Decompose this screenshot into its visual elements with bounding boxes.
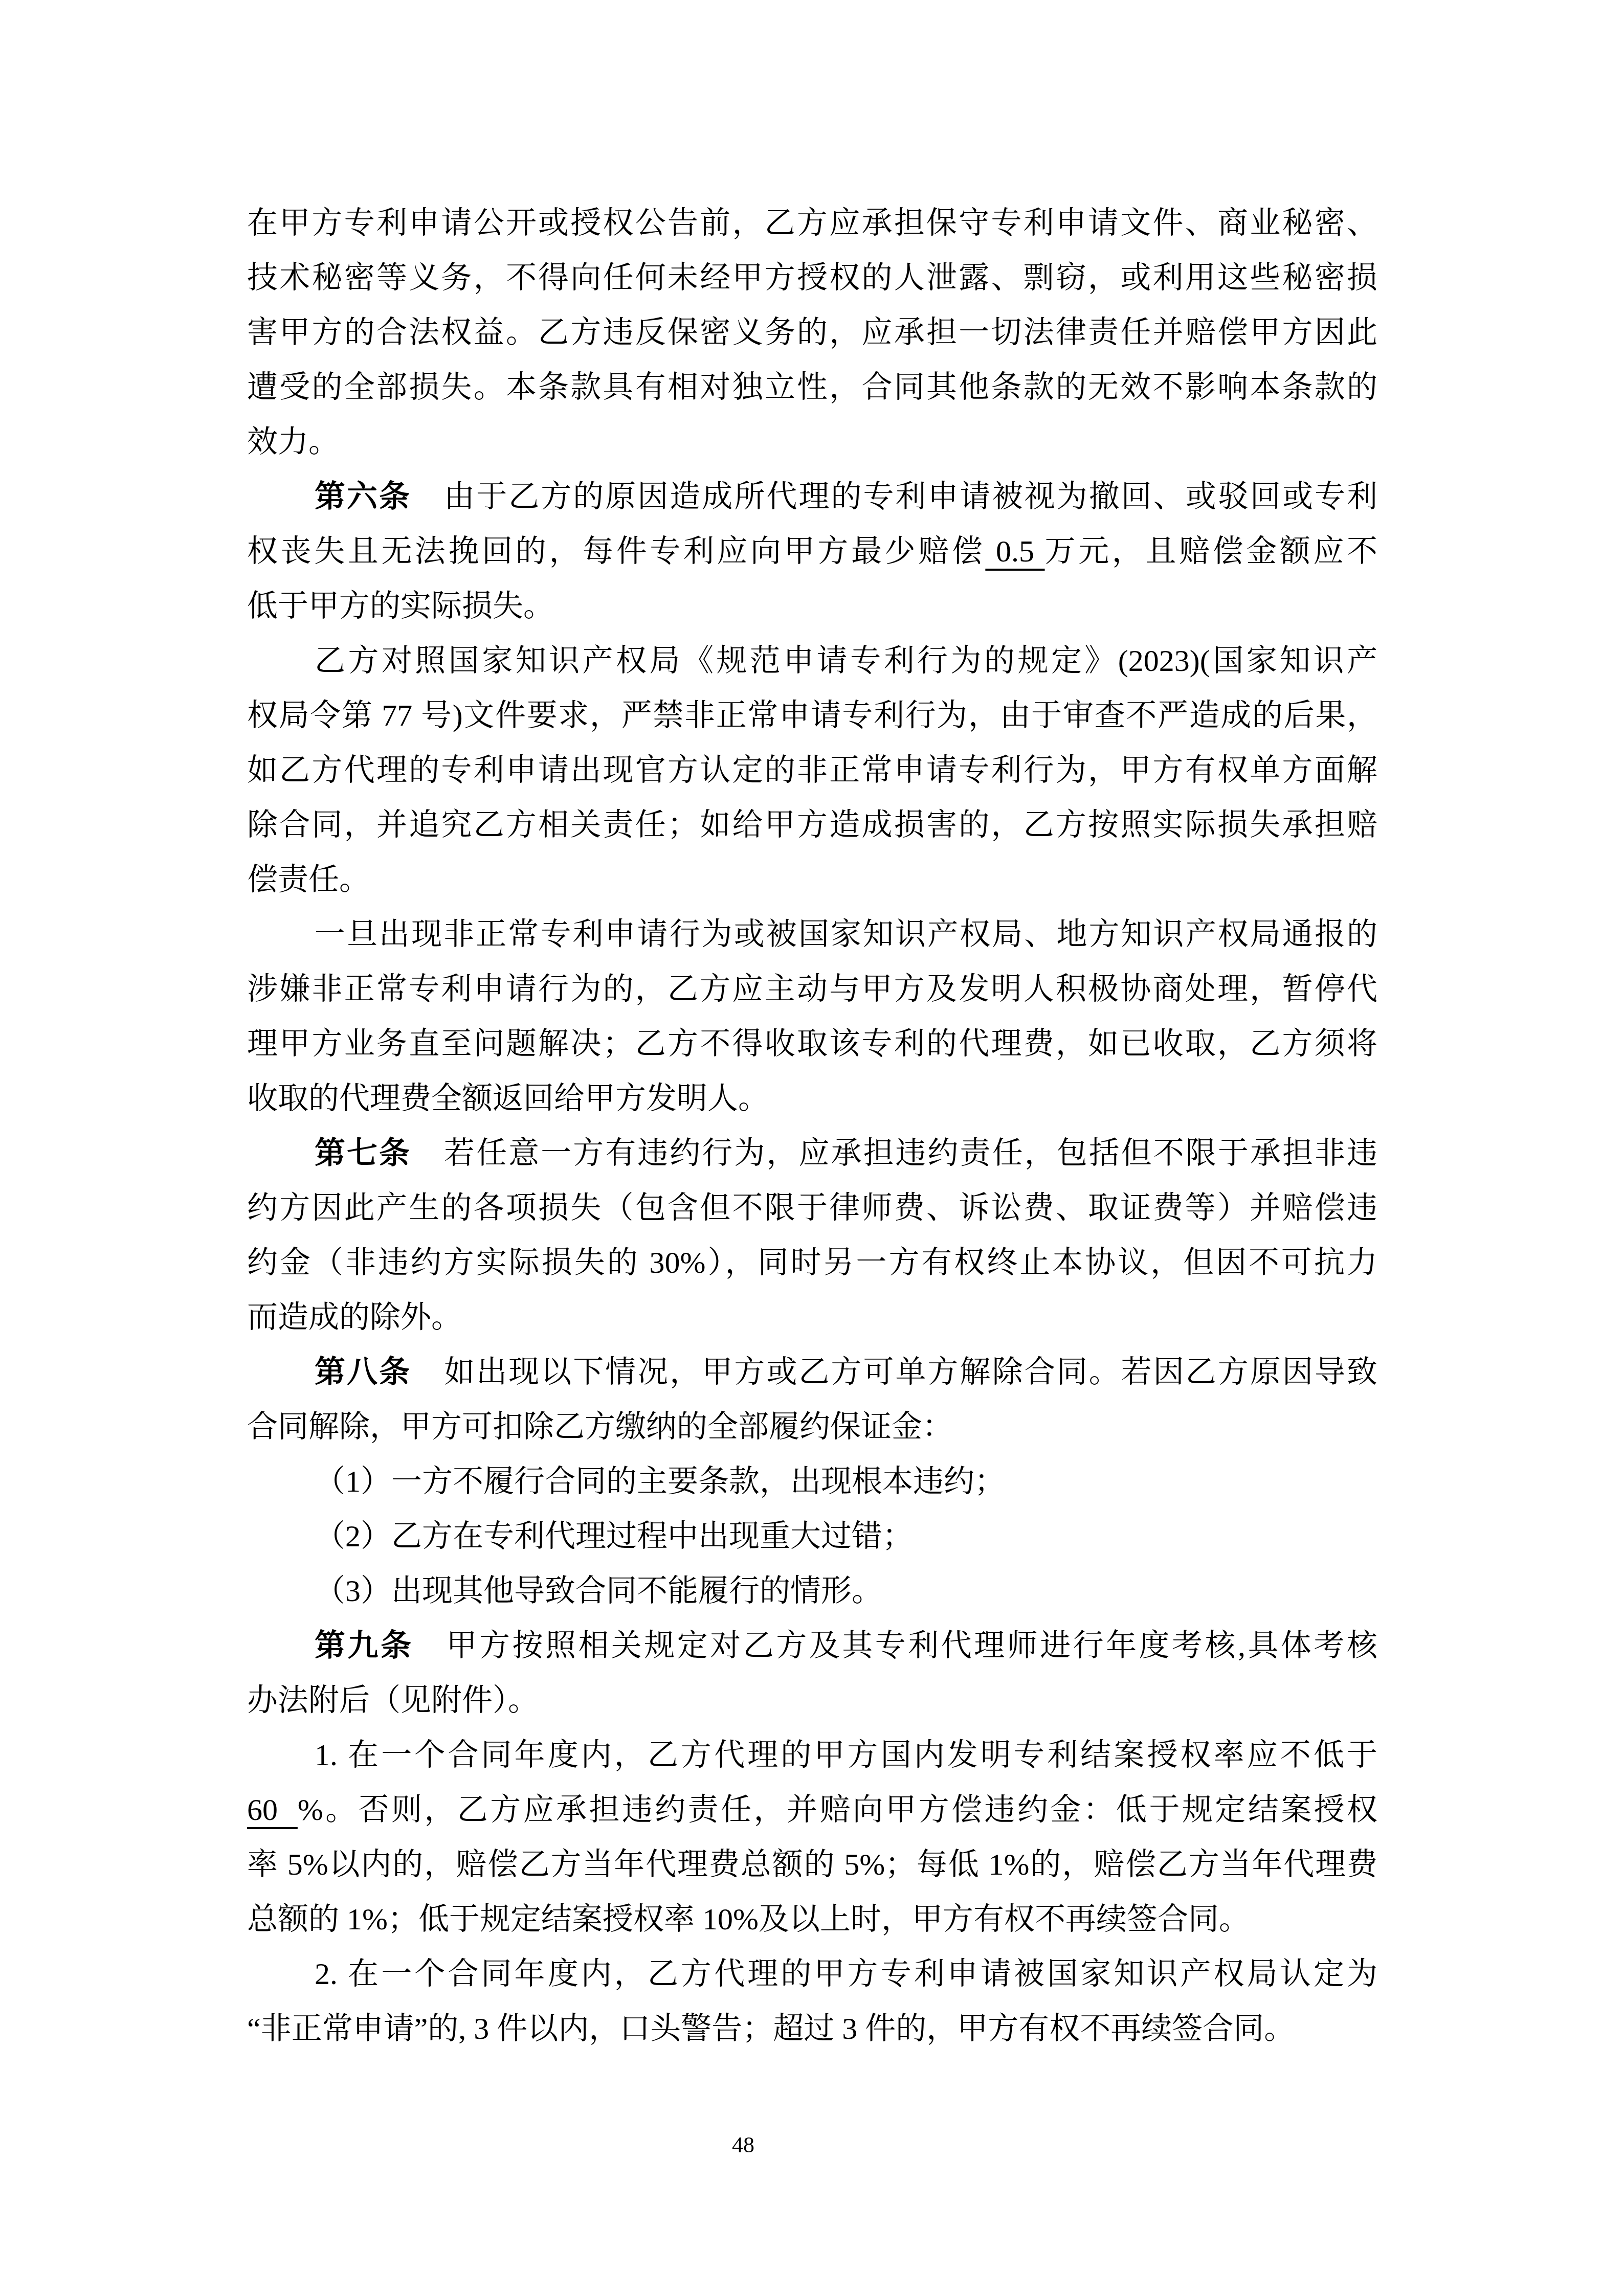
text-segment: 2. 在一个合同年度内，乙方代理的甲方专利申请被国家知识产权局认定为 [315, 1957, 1377, 1991]
text-line: 60 %。否则，乙方应承担违约责任，并赔向甲方偿违约金：低于规定结案授权 [247, 1783, 1377, 1837]
text-line: 如乙方代理的专利申请出现官方认定的非正常申请专利行为，甲方有权单方面解 [247, 743, 1377, 798]
text-segment: 技术秘密等义务，不得向任何未经甲方授权的人泄露、剽窃，或利用这些秘密损 [247, 261, 1377, 295]
text-line: （1）一方不履行合同的主要条款，出现根本违约； [247, 1454, 1377, 1509]
text-segment: 低于甲方的实际损失。 [247, 589, 554, 623]
text-line: （3）出现其他导致合同不能履行的情形。 [247, 1564, 1377, 1618]
text-segment: 万元，且赔偿金额应不 [1045, 534, 1377, 568]
text-segment: 除合同，并追究乙方相关责任；如给甲方造成损害的，乙方按照实际损失承担赔 [247, 808, 1377, 842]
text-line: 遭受的全部损失。本条款具有相对独立性，合同其他条款的无效不影响本条款的 [247, 360, 1377, 415]
text-segment: 如乙方代理的专利申请出现官方认定的非正常申请专利行为，甲方有权单方面解 [247, 753, 1377, 787]
page-number: 48 [732, 2127, 754, 2163]
text-line: 权丧失且无法挽回的，每件专利应向甲方最少赔偿 0.5 万元，且赔偿金额应不 [247, 524, 1377, 579]
text-segment: 偿责任。 [247, 863, 370, 896]
text-line: 低于甲方的实际损失。 [247, 579, 1377, 634]
text-segment: 乙方对照国家知识产权局《规范申请专利行为的规定》(2023)(国家知识产 [315, 644, 1377, 678]
contract-body: 在甲方专利申请公开或授权公告前，乙方应承担保守专利申请文件、商业秘密、技术秘密等… [247, 196, 1377, 2056]
text-line: 收取的代理费全额返回给甲方发明人。 [247, 1071, 1377, 1126]
text-segment: 遭受的全部损失。本条款具有相对独立性，合同其他条款的无效不影响本条款的 [247, 370, 1377, 404]
text-segment: 约方因此产生的各项损失（包含但不限于律师费、诉讼费、取证费等）并赔偿违 [247, 1191, 1377, 1225]
text-line: 2. 在一个合同年度内，乙方代理的甲方专利申请被国家知识产权局认定为 [247, 1947, 1377, 2001]
text-segment: 理甲方业务直至问题解决；乙方不得收取该专利的代理费，如已收取，乙方须将 [247, 1027, 1377, 1061]
text-line: 第六条由于乙方的原因造成所代理的专利申请被视为撤回、或驳回或专利 [247, 469, 1377, 524]
text-line: 在甲方专利申请公开或授权公告前，乙方应承担保守专利申请文件、商业秘密、 [247, 196, 1377, 251]
text-line: 率 5%以内的，赔偿乙方当年代理费总额的 5%；每低 1%的，赔偿乙方当年代理费 [247, 1837, 1377, 1892]
document-page: 在甲方专利申请公开或授权公告前，乙方应承担保守专利申请文件、商业秘密、技术秘密等… [0, 0, 1624, 2296]
text-segment: （2）乙方在专利代理过程中出现重大过错； [315, 1519, 913, 1553]
text-line: 权局令第 77 号)文件要求，严禁非正常申请专利行为，由于审查不严造成的后果， [247, 688, 1377, 743]
text-line: 总额的 1%；低于规定结案授权率 10%及以上时，甲方有权不再续签合同。 [247, 1892, 1377, 1947]
text-segment: 由于乙方的原因造成所代理的专利申请被视为撤回、或驳回或专利 [444, 480, 1377, 513]
text-segment: 收取的代理费全额返回给甲方发明人。 [247, 1082, 769, 1115]
text-segment: 权局令第 77 号)文件要求，严禁非正常申请专利行为，由于审查不严造成的后果， [247, 699, 1377, 732]
text-line: 除合同，并追究乙方相关责任；如给甲方造成损害的，乙方按照实际损失承担赔 [247, 798, 1377, 852]
text-line: 第九条甲方按照相关规定对乙方及其专利代理师进行年度考核,具体考核 [247, 1618, 1377, 1673]
text-segment: 1. 在一个合同年度内，乙方代理的甲方国内发明专利结案授权率应不低于 [315, 1738, 1377, 1772]
text-line: 约金（非违约方实际损失的 30%），同时另一方有权终止本协议，但因不可抗力 [247, 1235, 1377, 1290]
underlined-value: 0.5 [985, 534, 1044, 568]
text-line: 而造成的除外。 [247, 1290, 1377, 1345]
text-segment: （3）出现其他导致合同不能履行的情形。 [315, 1574, 882, 1608]
text-segment: 办法附后（见附件）。 [247, 1683, 539, 1717]
text-segment: 一旦出现非正常专利申请行为或被国家知识产权局、地方知识产权局通报的 [315, 917, 1377, 951]
text-line: （2）乙方在专利代理过程中出现重大过错； [247, 1509, 1377, 1564]
text-line: 害甲方的合法权益。乙方违反保密义务的，应承担一切法律责任并赔偿甲方因此 [247, 305, 1377, 360]
text-line: 技术秘密等义务，不得向任何未经甲方授权的人泄露、剽窃，或利用这些秘密损 [247, 251, 1377, 305]
text-segment: 合同解除，甲方可扣除乙方缴纳的全部履约保证金： [247, 1410, 953, 1444]
text-line: 办法附后（见附件）。 [247, 1673, 1377, 1728]
clause-heading: 第八条 [315, 1355, 411, 1389]
text-segment: 甲方按照相关规定对乙方及其专利代理师进行年度考核,具体考核 [446, 1629, 1377, 1662]
text-line: 乙方对照国家知识产权局《规范申请专利行为的规定》(2023)(国家知识产 [247, 634, 1377, 688]
text-segment: 在甲方专利申请公开或授权公告前，乙方应承担保守专利申请文件、商业秘密、 [247, 206, 1377, 240]
text-line: 合同解除，甲方可扣除乙方缴纳的全部履约保证金： [247, 1400, 1377, 1454]
text-segment: 约金（非违约方实际损失的 30%），同时另一方有权终止本协议，但因不可抗力 [247, 1246, 1377, 1279]
text-line: 效力。 [247, 415, 1377, 469]
text-segment: 而造成的除外。 [247, 1300, 462, 1334]
text-line: “非正常申请”的, 3 件以内，口头警告；超过 3 件的，甲方有权不再续签合同。 [247, 2001, 1377, 2056]
text-segment: 涉嫌非正常专利申请行为的，乙方应主动与甲方及发明人积极协商处理，暂停代 [247, 972, 1377, 1006]
text-segment: （1）一方不履行合同的主要条款，出现根本违约； [315, 1465, 1005, 1498]
text-segment: 如出现以下情况，甲方或乙方可单方解除合同。若因乙方原因导致 [444, 1355, 1377, 1389]
text-line: 偿责任。 [247, 852, 1377, 907]
text-line: 理甲方业务直至问题解决；乙方不得收取该专利的代理费，如已收取，乙方须将 [247, 1017, 1377, 1071]
text-line: 第八条如出现以下情况，甲方或乙方可单方解除合同。若因乙方原因导致 [247, 1345, 1377, 1400]
text-segment: 害甲方的合法权益。乙方违反保密义务的，应承担一切法律责任并赔偿甲方因此 [247, 316, 1377, 349]
text-line: 第七条若任意一方有违约行为，应承担违约责任，包括但不限于承担非违 [247, 1126, 1377, 1181]
text-segment: 效力。 [247, 425, 339, 459]
text-line: 涉嫌非正常专利申请行为的，乙方应主动与甲方及发明人积极协商处理，暂停代 [247, 962, 1377, 1017]
text-segment: “非正常申请”的, 3 件以内，口头警告；超过 3 件的，甲方有权不再续签合同。 [247, 2012, 1295, 2045]
text-line: 1. 在一个合同年度内，乙方代理的甲方国内发明专利结案授权率应不低于 [247, 1728, 1377, 1783]
text-segment: 率 5%以内的，赔偿乙方当年代理费总额的 5%；每低 1%的，赔偿乙方当年代理费 [247, 1848, 1377, 1881]
underlined-value: 60 [247, 1793, 298, 1827]
text-line: 一旦出现非正常专利申请行为或被国家知识产权局、地方知识产权局通报的 [247, 907, 1377, 962]
text-segment: 总额的 1%；低于规定结案授权率 10%及以上时，甲方有权不再续签合同。 [247, 1902, 1250, 1936]
text-line: 约方因此产生的各项损失（包含但不限于律师费、诉讼费、取证费等）并赔偿违 [247, 1181, 1377, 1235]
clause-heading: 第六条 [315, 480, 411, 513]
clause-heading: 第七条 [315, 1136, 411, 1170]
text-segment: 若任意一方有违约行为，应承担违约责任，包括但不限于承担非违 [444, 1136, 1377, 1170]
text-segment: 权丧失且无法挽回的，每件专利应向甲方最少赔偿 [247, 534, 985, 568]
text-segment: %。否则，乙方应承担违约责任，并赔向甲方偿违约金：低于规定结案授权 [298, 1793, 1377, 1827]
clause-heading: 第九条 [315, 1629, 413, 1662]
